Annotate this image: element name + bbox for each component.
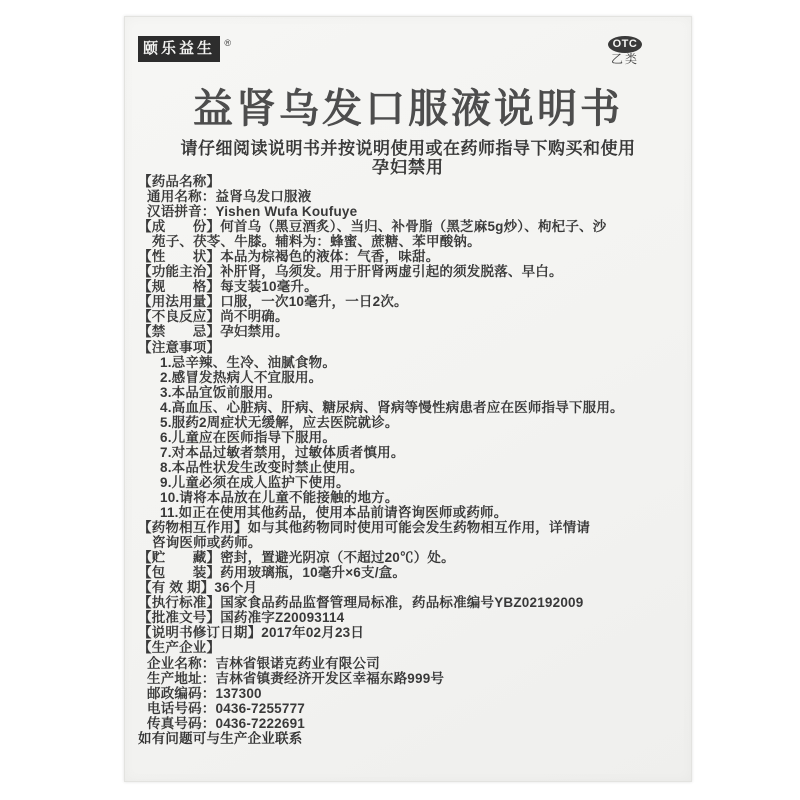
leaflet-line: 【性 状】本品为棕褐色的液体：气香，味甜。 [138,249,675,264]
otc-badge: OTC 乙类 [603,34,647,66]
leaflet-line: 【注意事项】 [138,340,675,355]
leaflet-line: 9.儿童必须在成人监护下使用。 [138,475,675,490]
leaflet-line: 【规 格】每支装10毫升。 [138,279,675,294]
leaflet-line: 【功能主治】补肝肾，乌须发。用于肝肾两虚引起的须发脱落、早白。 [138,264,675,279]
leaflet-line: 邮政编码：137300 [138,686,675,701]
page-title: 益肾乌发口服液说明书 [125,77,691,134]
leaflet-line: 11.如正在使用其他药品，使用本品前请咨询医师或药师。 [138,505,675,520]
leaflet-line: 传真号码：0436-7222691 [138,716,675,731]
brand-logo-text: 颐乐益生 [143,40,215,57]
leaflet-line: 【执行标准】国家食品药品监督管理局标准，药品标准编号YBZ02192009 [138,595,675,610]
leaflet-line: 【成 份】何首乌（黑豆酒炙）、当归、补骨脂（黑芝麻5g炒）、枸杞子、沙 [138,219,675,234]
leaflet-line: 2.感冒发热病人不宜服用。 [138,370,675,385]
leaflet-line: 7.对本品过敏者禁用，过敏体质者慎用。 [138,445,675,460]
leaflet-line: 8.本品性状发生改变时禁止使用。 [138,460,675,475]
leaflet-line: 电话号码：0436-7255777 [138,701,675,716]
leaflet-line: 【用法用量】口服，一次10毫升，一日2次。 [138,294,675,309]
otc-category-label: 乙类 [603,53,647,66]
leaflet-line: 【批准文号】国药准字Z20093114 [138,610,675,625]
leaflet-line: 1.忌辛辣、生冷、油腻食物。 [138,355,675,370]
leaflet-line: 【药物相互作用】如与其他药物同时使用可能会发生药物相互作用，详情请 [138,520,675,535]
leaflet-line: 汉语拼音：Yishen Wufa Koufuye [138,204,675,219]
leaflet-line: 【包 装】药用玻璃瓶，10毫升×6支/盒。 [138,565,675,580]
otc-oval-icon: OTC [608,36,642,53]
leaflet-line: 企业名称：吉林省银诺克药业有限公司 [138,656,675,671]
contact-note-line: 如有问题可与生产企业联系 [138,731,675,746]
leaflet-line: 5.服药2周症状无缓解，应去医院就诊。 [138,415,675,430]
leaflet-line: 3.本品宜饭前服用。 [138,385,675,400]
leaflet-line: 4.高血压、心脏病、肝病、糖尿病、肾病等慢性病患者应在医师指导下服用。 [138,400,675,415]
leaflet-line: 6.儿童应在医师指导下服用。 [138,430,675,445]
leaflet-line: 【有 效 期】36个月 [138,580,675,595]
leaflet-line: 苑子、茯苓、牛膝。辅料为：蜂蜜、蔗糖、苯甲酸钠。 [138,234,675,249]
leaflet-line: 【药品名称】 [138,174,675,189]
leaflet-line: 【说明书修订日期】2017年02月23日 [138,625,675,640]
screenshot-stage: 颐乐益生 ® OTC 乙类 益肾乌发口服液说明书 请仔细阅读说明书并按说明使用或… [0,0,800,800]
leaflet-line: 【生产企业】 [138,640,675,655]
leaflet-line: 咨询医师或药师。 [138,535,675,550]
leaflet-line: 10.请将本品放在儿童不能接触的地方。 [138,490,675,505]
leaflet-line: 【贮 藏】密封，置避光阴凉（不超过20℃）处。 [138,550,675,565]
leaflet-paper: 颐乐益生 ® OTC 乙类 益肾乌发口服液说明书 请仔细阅读说明书并按说明使用或… [124,16,692,782]
leaflet-line: 通用名称：益肾乌发口服液 [138,189,675,204]
leaflet-body: 【药品名称】 通用名称：益肾乌发口服液 汉语拼音：Yishen Wufa Kou… [138,174,675,746]
leaflet-line: 【不良反应】尚不明确。 [138,309,675,324]
leaflet-line: 【禁 忌】孕妇禁用。 [138,324,675,339]
registered-trademark-icon: ® [224,30,231,56]
leaflet-line: 生产地址：吉林省镇赉经济开发区幸福东路999号 [138,671,675,686]
brand-logo: 颐乐益生 ® [138,36,220,62]
